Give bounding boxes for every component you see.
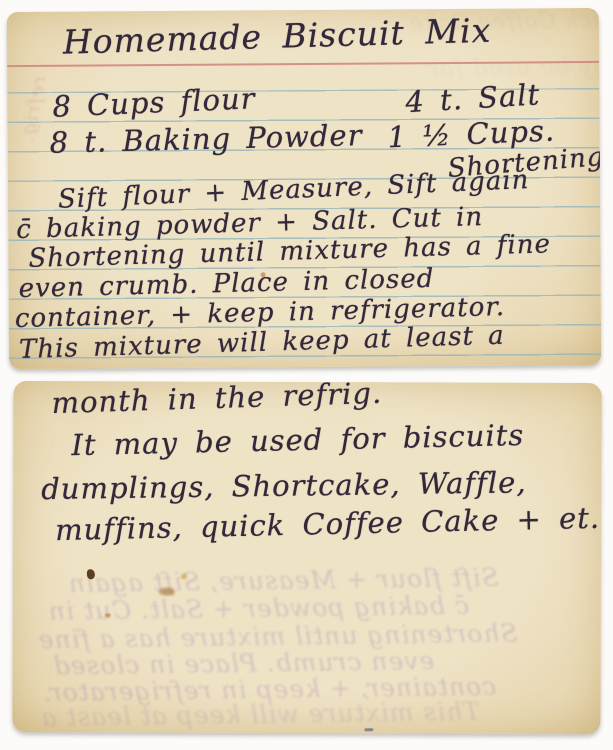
yellow-dot-stain	[181, 574, 187, 580]
small-spot-stain	[105, 613, 111, 617]
recipe-continuation-line: dumplings, Shortcake, Waffle,	[41, 466, 527, 505]
bleed-through-line: This mixture will keep at least a	[40, 697, 480, 732]
recipe-continuation-line: month in the refrig.	[51, 381, 383, 420]
dark-speck-stain	[87, 569, 95, 579]
recipe-card-front: muffins quick Coffee Cake may be used fo…	[7, 8, 601, 369]
ingredient-baking-powder: 8 t. Baking Powder	[49, 119, 363, 159]
recipe-continuation-line: It may be used for biscuits	[71, 419, 525, 462]
brown-smudge-stain	[159, 587, 175, 595]
recipe-continuation-line: muffins, quick Coffee Cake + et.	[55, 502, 601, 547]
ink-spot-stain	[261, 272, 266, 277]
recipe-card-back: Sift flour + Measure, Sift again c̄ baki…	[12, 381, 601, 734]
edge-mark	[364, 728, 373, 731]
recipe-title: Homemade Biscuit Mix	[62, 13, 491, 62]
